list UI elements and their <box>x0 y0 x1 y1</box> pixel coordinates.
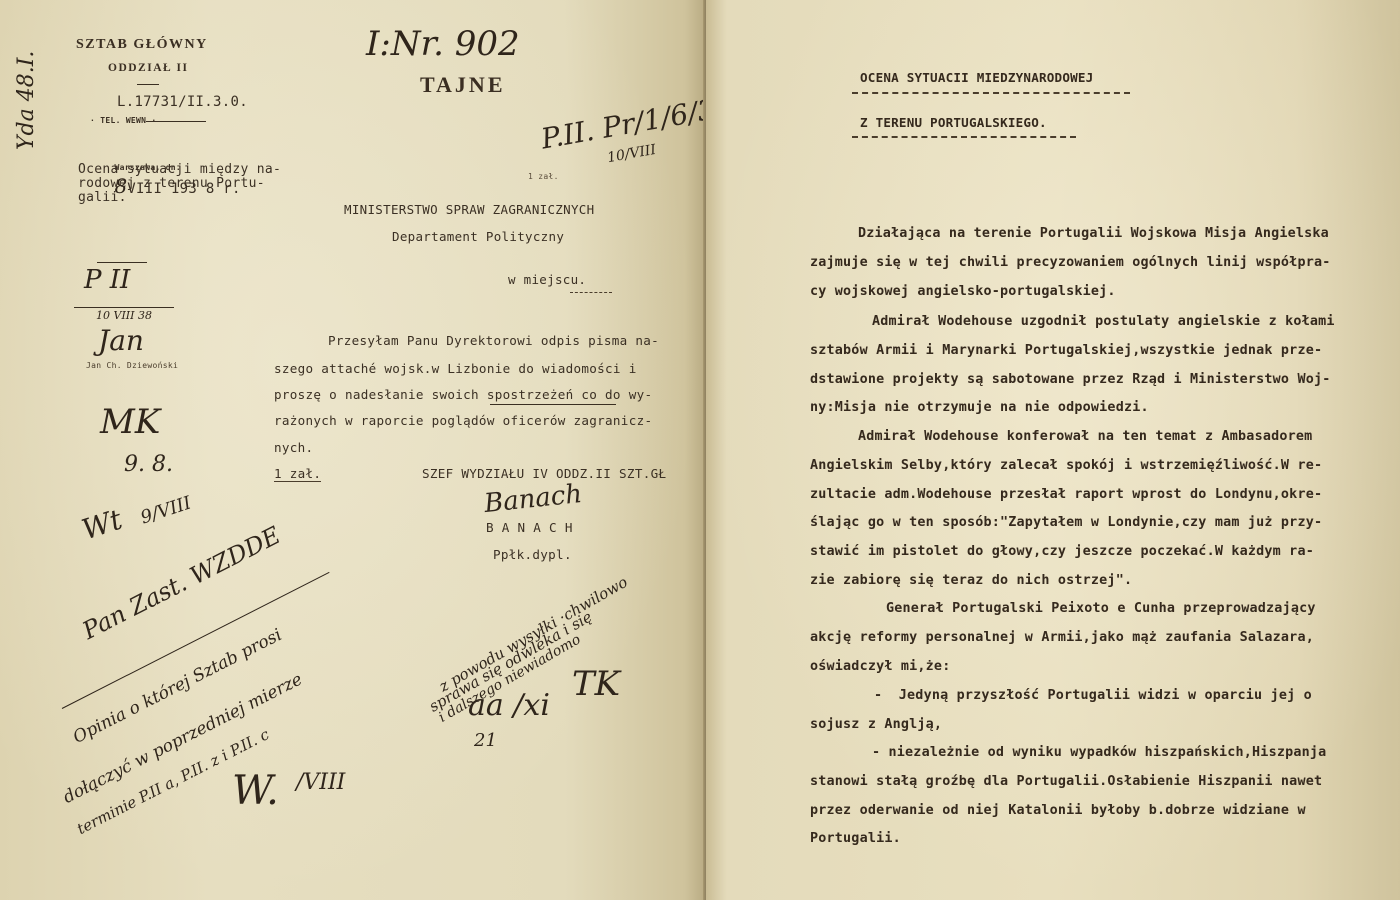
note-signature-date: /VIII <box>296 770 345 795</box>
handwritten-number: I:Nr. 902 <box>366 24 520 64</box>
paragraph-4-line: oświadczył mi,że: <box>810 659 950 675</box>
subject-line-3: galii. <box>78 190 127 205</box>
recipient-department: Departament Polityczny <box>392 229 564 244</box>
paragraph-1-line: zajmuje się w tej chwili precyzowaniem o… <box>810 255 1331 271</box>
p2-mark: P II <box>84 265 130 295</box>
p2-overline <box>97 262 147 263</box>
right-page: OCENA SYTUACII MIEDZYNARODOWEJ Z TERENU … <box>706 0 1400 900</box>
paragraph-2-line: dstawione projekty są sabotowane przez R… <box>810 372 1331 388</box>
recipient-underline <box>570 292 612 293</box>
body-line-1: Przesyłam Panu Dyrektorowi odpis pisma n… <box>328 333 659 348</box>
initials-mk: MK <box>100 402 160 442</box>
paragraph-5-line: - Jedyną przyszłość Portugalii widzi w o… <box>874 688 1312 704</box>
paragraph-3-line: ślając go w ten sposób:"Zapytałem w Lond… <box>810 515 1322 531</box>
initials-w: Wt <box>78 503 126 547</box>
subject-line-2: rodowej z terenu Portu- <box>78 176 265 191</box>
paragraph-4-line: akcję reformy personalnej w Armii,jako m… <box>810 630 1314 646</box>
paragraph-2-line: ny:Misja nie otrzymuje na nie odpowiedzi… <box>810 400 1149 416</box>
signature-name: B A N A C H <box>486 520 573 535</box>
paragraph-3-line: zultacie adm.Wodehouse przesłał raport w… <box>810 487 1322 503</box>
initials-w-date: 9/VIII <box>138 493 194 529</box>
subject-line-1: Ocena sytuacji między na- <box>78 162 281 177</box>
right-title-line-1: OCENA SYTUACII MIEDZYNARODOWEJ <box>860 70 1093 85</box>
p2-date: 10 VIII 38 <box>96 309 152 322</box>
p2-stamp-name: Jan Ch. Dziewoński <box>86 361 178 370</box>
classification-tajne: TAJNE <box>420 72 506 98</box>
left-page: Yda 48.I. SZTAB GŁÓWNY ODDZIAŁ II L.1773… <box>0 0 706 900</box>
paragraph-2-line: Admirał Wodehouse uzgodnił postulaty ang… <box>872 314 1335 330</box>
note-signature: W. <box>232 768 279 814</box>
small-stamp-mark: 1 zał. <box>528 172 559 181</box>
handwritten-registry-sub: 10/VIII <box>606 142 657 166</box>
paragraph-3-line: Angielskim Selby,który zalecał spokój i … <box>810 458 1322 474</box>
note-right-signature: aa /xi <box>468 688 550 723</box>
paragraph-6-line: przez oderwanie od niej Katalonii byłoby… <box>810 803 1306 819</box>
p2-initials: Jan <box>98 324 144 357</box>
initials-mk-date: 9. 8. <box>124 452 173 477</box>
note-right-initials: TK <box>572 664 620 704</box>
right-title-underline-1 <box>852 92 1130 94</box>
reference-number: L.17731/II.3.0. <box>117 94 248 110</box>
body-line-4: rażonych w raporcie poglądów oficerów za… <box>274 413 652 428</box>
p2-underline <box>74 307 174 308</box>
signature-rank: Ppłk.dypl. <box>493 547 572 562</box>
attachment-note: 1 zał. <box>274 466 321 482</box>
paragraph-1-line: cy wojskowej angielsko-portugalskiej. <box>810 284 1116 300</box>
right-title-underline-2 <box>852 136 1076 138</box>
paragraph-6-line: - niezależnie od wyniku wypadków hiszpań… <box>872 745 1326 761</box>
body-line-3: proszę o nadesłanie swoich spostrzeżeń c… <box>274 387 652 402</box>
paragraph-4-line: Generał Portugalski Peixoto e Cunha prze… <box>886 601 1316 617</box>
note-header: Pan Zast. WZDDE <box>78 521 285 645</box>
signature-title: SZEF WYDZIAŁU IV ODDZ.II SZT.GŁ <box>422 466 666 481</box>
note-right-date: 21 <box>474 730 497 751</box>
paragraph-3-line: zie zabiorę się teraz do nich ostrzej". <box>810 573 1132 589</box>
body-line-5: nych. <box>274 440 313 455</box>
paragraph-6-line: stanowi stałą groźbę dla Portugalii.Osła… <box>810 774 1322 790</box>
handwritten-signature: Banach <box>483 479 584 519</box>
tel-line <box>146 121 206 122</box>
paragraph-5-line: sojusz z Anglją, <box>810 717 942 733</box>
margin-vertical-note: Yda 48.I. <box>14 51 39 150</box>
letterhead-divider <box>137 84 159 85</box>
letterhead-division: ODDZIAŁ II <box>108 62 189 74</box>
recipient-ministry: MINISTERSTWO SPRAW ZAGRANICZNYCH <box>344 202 594 217</box>
letterhead-org: SZTAB GŁÓWNY <box>76 37 208 53</box>
underline-observations <box>490 404 616 405</box>
paragraph-6-line: Portugalii. <box>810 831 901 847</box>
right-title-line-2: Z TERENU PORTUGALSKIEGO. <box>860 115 1047 130</box>
recipient-place: w miejscu. <box>508 272 586 287</box>
paragraph-3-line: Admirał Wodehouse konferował na ten tema… <box>858 429 1312 445</box>
body-line-2: szego attaché wojsk.w Lizbonie do wiadom… <box>274 361 637 376</box>
paragraph-3-line: stawić im pistolet do głowy,czy jeszcze … <box>810 544 1314 560</box>
paragraph-2-line: sztabów Armii i Marynarki Portugalskiej,… <box>810 343 1322 359</box>
paragraph-1-line: Działająca na terenie Portugalii Wojskow… <box>858 226 1329 242</box>
